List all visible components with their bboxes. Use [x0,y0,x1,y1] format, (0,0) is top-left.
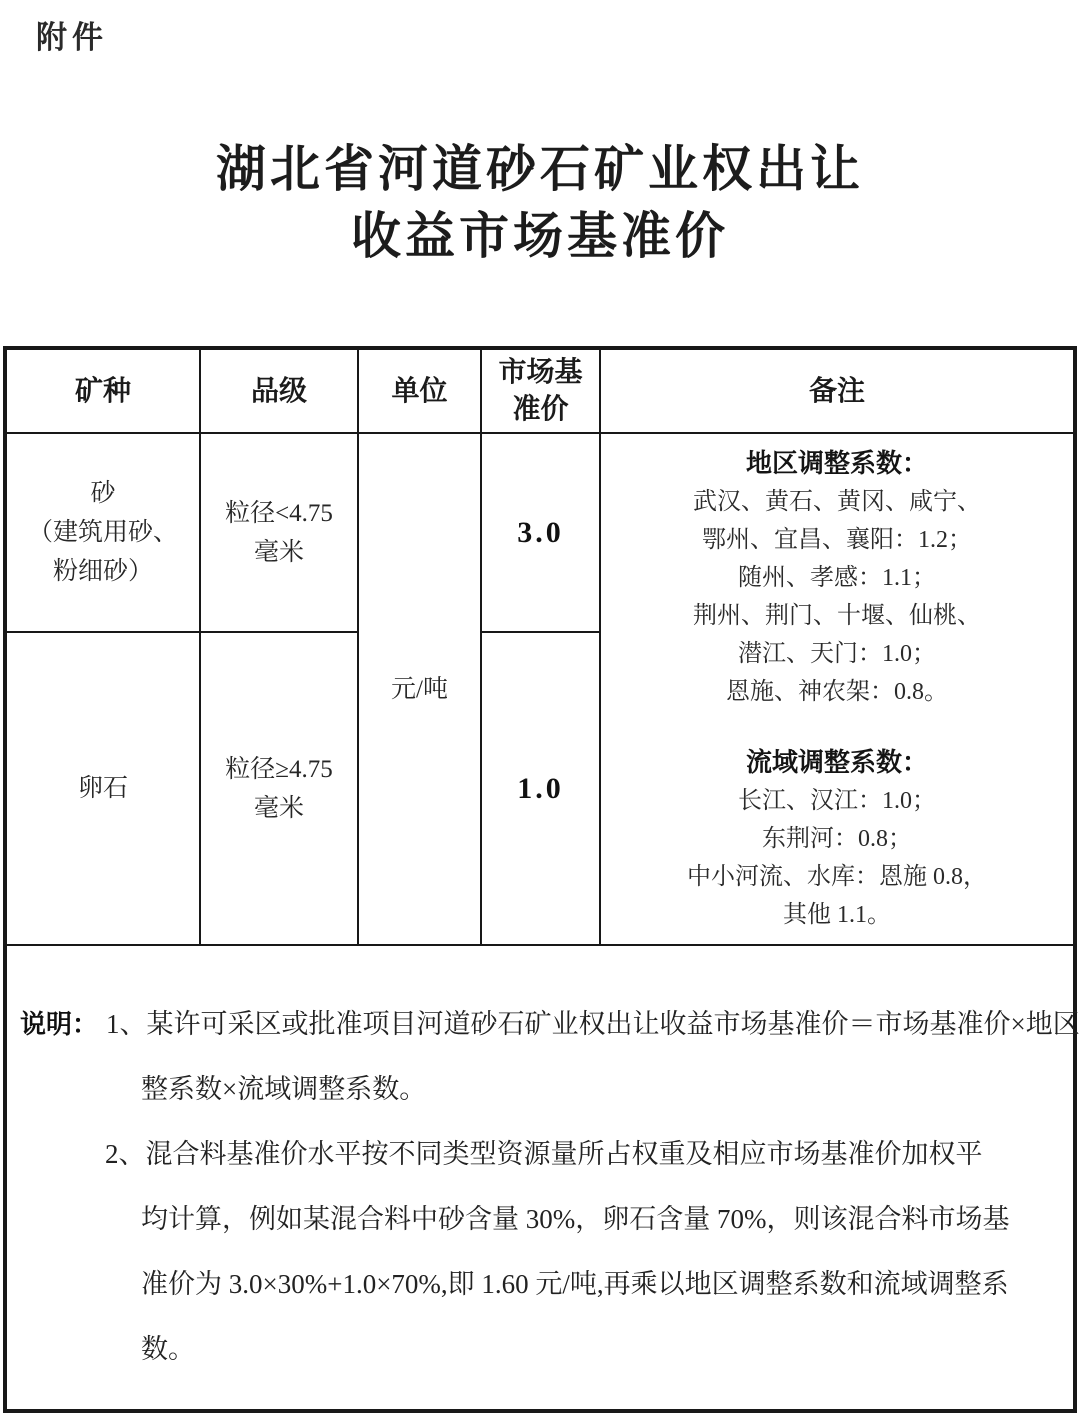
document-title-line2: 收益市场基准价 [0,203,1080,270]
notes-first-line-text: 1、某许可采区或批准项目河道砂石矿业权出让收益市场基准价＝市场基准价×地区调 [106,1009,1080,1039]
region-coefficient-line: 潜江、天门：1.0； [607,635,1067,673]
notes-line: 整系数×流域调整系数。 [7,1057,1073,1122]
column-header-remarks: 备注 [600,348,1075,433]
pebble-grade-cell: 粒径≥4.75 毫米 [200,632,358,945]
column-header-grade: 品级 [200,348,358,433]
document-title-line1: 湖北省河道砂石矿业权出让 [0,136,1080,203]
unit-value-cell: 元/吨 [358,433,481,945]
document-title: 湖北省河道砂石矿业权出让 收益市场基准价 [0,136,1080,270]
region-coefficient-line: 恩施、神农架：0.8。 [607,673,1067,711]
basin-coefficient-line: 长江、汉江：1.0； [607,782,1067,820]
basin-coefficient-line: 其他 1.1。 [607,896,1067,934]
document-page: 附件 湖北省河道砂石矿业权出让 收益市场基准价 矿种 品级 单位 市场基 准价 … [0,0,1080,1425]
table-row-sand: 砂 （建筑用砂、 粉细砂） 粒径<4.75 毫米 元/吨 3.0 地区调整系数：… [5,433,1075,632]
notes-line: 均计算，例如某混合料中砂含量 30%，卵石含量 70%，则该混合料市场基 [7,1187,1073,1252]
notes-label: 说明： [20,1009,98,1039]
notes-line: 说明：1、某许可采区或批准项目河道砂石矿业权出让收益市场基准价＝市场基准价×地区… [7,992,1073,1057]
basin-coefficient-line: 东荆河：0.8； [607,820,1067,858]
region-coefficient-line: 荆州、荆门、十堰、仙桃、 [607,597,1067,635]
region-coefficient-title: 地区调整系数： [607,445,1067,483]
column-header-mineral: 矿种 [5,348,200,433]
column-header-base-price: 市场基 准价 [481,348,600,433]
sand-mineral-cell: 砂 （建筑用砂、 粉细砂） [5,433,200,632]
price-table: 矿种 品级 单位 市场基 准价 备注 砂 （建筑用砂、 粉细砂） 粒径<4.75… [3,346,1077,1413]
attachment-label: 附件 [36,12,108,57]
basin-coefficient-title: 流域调整系数： [607,744,1067,782]
pebble-base-price-cell: 1.0 [481,632,600,945]
notes-line: 准价为 3.0×30%+1.0×70%,即 1.60 元/吨,再乘以地区调整系数… [7,1252,1073,1317]
region-coefficient-line: 武汉、黄石、黄冈、咸宁、 [607,483,1067,521]
sand-base-price-cell: 3.0 [481,433,600,632]
notes-line: 2、混合料基准价水平按不同类型资源量所占权重及相应市场基准价加权平 [7,1122,1073,1187]
notes-cell: 说明：1、某许可采区或批准项目河道砂石矿业权出让收益市场基准价＝市场基准价×地区… [5,945,1075,1411]
pebble-mineral-cell: 卵石 [5,632,200,945]
basin-coefficient-line: 中小河流、水库：恩施 0.8， [607,858,1067,896]
column-header-unit: 单位 [358,348,481,433]
notes-row: 说明：1、某许可采区或批准项目河道砂石矿业权出让收益市场基准价＝市场基准价×地区… [5,945,1075,1411]
region-coefficient-line: 鄂州、宜昌、襄阳：1.2； [607,521,1067,559]
region-coefficient-line: 随州、孝感：1.1； [607,559,1067,597]
notes-line: 数。 [7,1317,1073,1382]
sand-grade-cell: 粒径<4.75 毫米 [200,433,358,632]
header-row: 矿种 品级 单位 市场基 准价 备注 [5,348,1075,433]
remarks-cell: 地区调整系数： 武汉、黄石、黄冈、咸宁、 鄂州、宜昌、襄阳：1.2； 随州、孝感… [600,433,1075,945]
